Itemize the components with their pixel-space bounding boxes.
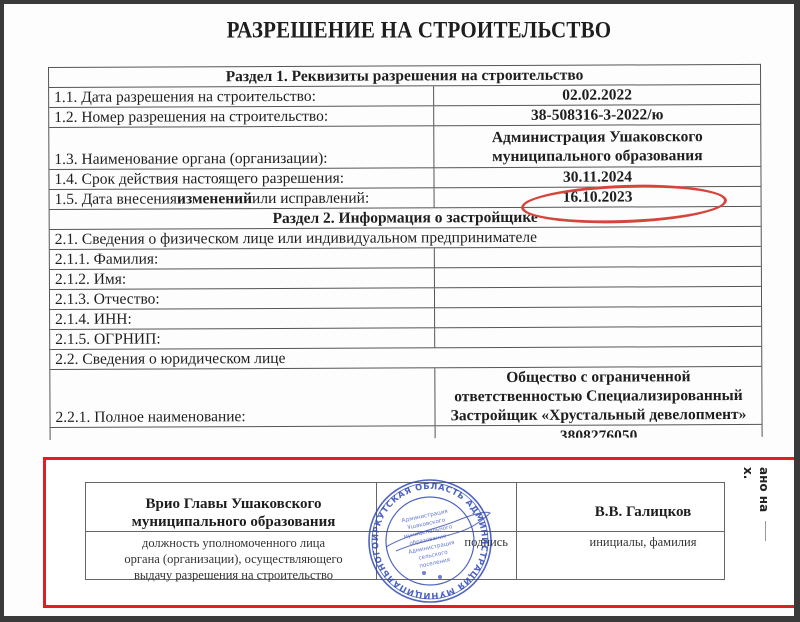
document-title: РАЗРЕШЕНИЕ НА СТРОИТЕЛЬСТВО	[4, 17, 794, 45]
official-position: Врио Главы Ушаковского муниципального об…	[96, 495, 371, 531]
validity-value: 30.11.2024	[434, 167, 760, 187]
field-label: 2.1.4. ИНН:	[50, 308, 435, 329]
company-line: Застройщик «Хрустальный девелопмент»	[451, 405, 747, 425]
stamp-inner-line: Ушаковского	[407, 517, 446, 531]
field-label: 1.2. Номер разрешения на строительство:	[49, 106, 434, 127]
field-label: 2.1.5. ОГРНИП:	[50, 328, 435, 349]
caption-line: должность уполномоченного лица	[92, 535, 375, 551]
stamp-inner-line: сельского	[418, 550, 449, 562]
label-part: 1.5. Дата внесения	[55, 189, 178, 209]
issuer-value: Администрация Ушаковского муниципального…	[434, 125, 760, 167]
patronymic-value	[435, 287, 761, 307]
side-note-text: х.	[740, 467, 756, 479]
first-name-value	[435, 267, 761, 287]
permit-number-value: 38-508316-3-2022/ю	[434, 105, 760, 125]
issuer-line: Администрация Ушаковского	[492, 127, 703, 147]
name-caption: инициалы, фамилия	[518, 535, 768, 550]
caption-line: выдачу разрешения на строительство	[92, 567, 375, 583]
section1-heading-text: Раздел 1. Реквизиты разрешения на строит…	[226, 66, 584, 87]
legal-heading-text: 2.2. Сведения о юридическом лице	[55, 349, 285, 369]
caption-line: органа (организации), осуществляющего	[92, 551, 375, 567]
field-label: 2.1.3. Отчество:	[50, 288, 435, 309]
table-row-partial: 3808276050	[51, 425, 762, 440]
field-label: 1.4. Срок действия настоящего разрешения…	[49, 168, 434, 189]
section2-heading-text: Раздел 2. Информация о застройщике	[273, 208, 538, 228]
surname-value	[435, 247, 761, 267]
field-label: 1.1. Дата разрешения на строительство:	[49, 86, 434, 107]
permit-table: Раздел 1. Реквизиты разрешения на строит…	[48, 64, 763, 440]
field-label	[51, 426, 436, 440]
signature-table: Врио Главы Ушаковского муниципального об…	[85, 482, 725, 580]
company-name-value: Общество с ограниченной ответственностью…	[435, 367, 761, 425]
position-line: муниципального образования	[96, 513, 371, 531]
position-caption: должность уполномоченного лица органа (о…	[92, 535, 375, 583]
signature-caption: подпись	[388, 535, 508, 550]
individual-heading-text: 2.1. Сведения о физическом лице или инди…	[55, 228, 537, 249]
inn-value	[435, 307, 761, 327]
permit-date-value: 02.02.2022	[434, 85, 760, 105]
field-label: 2.1.1. Фамилия:	[50, 248, 435, 269]
partial-value: 3808276050	[436, 425, 762, 438]
signature-highlight-box: ано на х. Врио Главы Ушаковского муницип…	[43, 457, 794, 608]
field-label: 2.1.2. Имя:	[50, 268, 435, 289]
ogrnip-value	[435, 327, 761, 347]
table-row: 1.3. Наименование органа (организации): …	[49, 125, 760, 170]
amendment-date-value: 16.10.2023	[435, 187, 761, 207]
field-label: 1.5. Дата внесения изменений или исправл…	[50, 188, 435, 209]
company-line: Общество с ограниченной	[506, 367, 690, 387]
company-line: ответственностью Специализированный	[454, 386, 743, 406]
stamp-inner-line: Администрация	[401, 509, 448, 525]
label-part: или исправлений:	[252, 189, 369, 209]
divider	[86, 531, 724, 532]
official-name: В.В. Галицков	[518, 504, 768, 521]
issuer-line: муниципального образования	[492, 146, 703, 166]
document-page: РАЗРЕШЕНИЕ НА СТРОИТЕЛЬСТВО Раздел 1. Ре…	[4, 4, 794, 616]
label-emphasis: изменений	[177, 189, 252, 208]
stamp-inner-line: поселения	[419, 557, 451, 569]
field-label: 1.3. Наименование органа (организации):	[49, 126, 434, 169]
field-label: 2.2.1. Полное наименование:	[50, 368, 435, 427]
table-row: 2.2.1. Полное наименование: Общество с о…	[50, 367, 761, 428]
position-line: Врио Главы Ушаковского	[96, 495, 371, 513]
